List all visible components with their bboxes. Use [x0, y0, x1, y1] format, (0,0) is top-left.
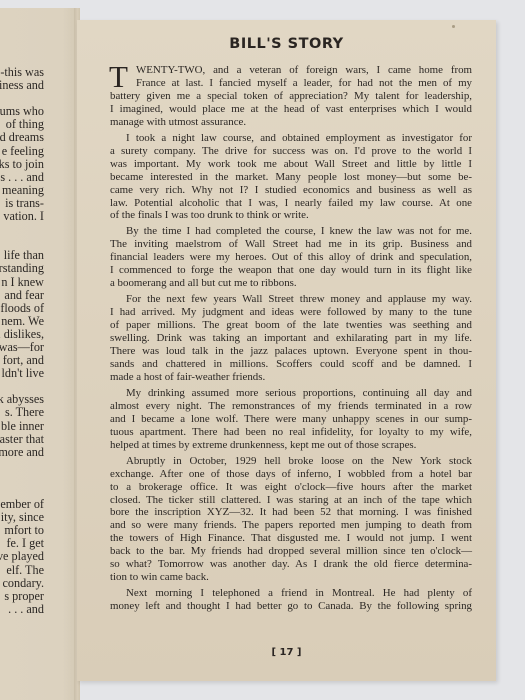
text-line: and I became a lone wolf. There were man…	[110, 413, 472, 426]
text-line: I imagined, would place me at the head o…	[110, 103, 472, 116]
text-line: swelling. Drink was taking an important …	[110, 332, 472, 345]
left-page-line	[0, 459, 44, 472]
text-line: I took a night law course, and obtained …	[110, 132, 472, 145]
text-line: a surety company. The drive for success …	[110, 145, 472, 158]
text-line: a boomerang and all but cut me to ribbon…	[110, 277, 472, 290]
left-page-line: vation. I	[0, 210, 44, 223]
text-line: There was loud talk in the jazz palaces …	[110, 345, 472, 358]
paragraph: My drinking assumed more serious proport…	[110, 387, 472, 452]
left-page-line: iness and	[0, 79, 44, 92]
text-line: almost every night. The remonstrances of…	[110, 400, 472, 413]
drop-cap: T	[109, 64, 128, 90]
left-page-line: ldn't live	[0, 367, 44, 380]
left-page-line: d dreams	[0, 131, 44, 144]
paragraph: Next morning I telephoned a friend in Mo…	[110, 587, 472, 613]
paper-speck	[452, 25, 455, 28]
text-line: manage with utmost assurance.	[110, 116, 472, 129]
paragraph: TWENTY-TWO, and a veteran of foreign war…	[110, 64, 472, 129]
text-line: became interested in the market. Many pe…	[110, 171, 472, 184]
paragraph: I took a night law course, and obtained …	[110, 132, 472, 223]
text-line: tion to win came back.	[110, 571, 472, 584]
text-line: sands and chattered in millions. Scoffer…	[110, 358, 472, 371]
text-line: I had arrived. My judgment and ideas wer…	[110, 306, 472, 319]
paragraph: By the time I had completed the course, …	[110, 225, 472, 290]
text-line: back to the bar. My friends had dropped …	[110, 545, 472, 558]
left-page-line: ble inner	[0, 420, 44, 433]
text-line: For the next few years Wall Street threw…	[110, 293, 472, 306]
left-page-line: nem. We	[0, 315, 44, 328]
text-line: The inviting maelstrom of Wall Street ha…	[110, 238, 472, 251]
text-line: the towers of High Finance. That disgust…	[110, 532, 472, 545]
text-line: bore the inscription XYZ—32. It had been…	[110, 506, 472, 519]
text-line: France at last. I fancied myself a leade…	[110, 77, 472, 90]
text-line: made a host of fair-weather friends.	[110, 371, 472, 384]
left-page-line: n I knew	[0, 276, 44, 289]
text-line: money left and thought I had better go t…	[110, 600, 472, 613]
body-text: TWENTY-TWO, and a veteran of foreign war…	[110, 64, 472, 616]
text-line: of paper millions. The great boom of the…	[110, 319, 472, 332]
text-line: of the finals I was too drunk to think o…	[110, 209, 472, 222]
text-line: Abruptly in October, 1929 hell broke loo…	[110, 455, 472, 468]
text-line: so what? Tomorrow was another day. As I …	[110, 558, 472, 571]
paragraph: Abruptly in October, 1929 hell broke loo…	[110, 455, 472, 585]
text-line: WENTY-TWO, and a veteran of foreign wars…	[110, 64, 472, 77]
left-page-line: s . . . and	[0, 171, 44, 184]
text-line: By the time I had completed the course, …	[110, 225, 472, 238]
text-line: closed. The ticker still clattered. I wa…	[110, 494, 472, 507]
text-line: to a brokerage office. It was eight o'cl…	[110, 481, 472, 494]
left-page-line: elf. The	[0, 564, 44, 577]
left-page-line: rstanding	[0, 262, 44, 275]
left-page-line: s. There	[0, 406, 44, 419]
text-line: exchange. After one of those days of inf…	[110, 468, 472, 481]
left-page-line: e feeling	[0, 145, 44, 158]
page-title: BILL'S STORY	[77, 36, 496, 52]
left-page-line: and fear	[0, 289, 44, 302]
text-line: was important. My work took me about Wal…	[110, 158, 472, 171]
left-page-line: condary.	[0, 577, 44, 590]
right-page: BILL'S STORY TWENTY-TWO, and a veteran o…	[77, 20, 496, 681]
left-page-line	[0, 472, 44, 485]
left-page-line	[0, 223, 44, 236]
left-page-text: -this wasiness and ums whoof thingd drea…	[0, 66, 44, 616]
text-line: battery given me a special token of appr…	[110, 90, 472, 103]
text-line: financial leaders were my heroes. Out of…	[110, 251, 472, 264]
left-page-line: s proper	[0, 590, 44, 603]
text-line: came very rich. Why not I? I studied eco…	[110, 184, 472, 197]
left-page-line: more and	[0, 446, 44, 459]
text-line: I commenced to forge the weapon that one…	[110, 264, 472, 277]
text-line: law. Potential alcoholic that I was, I n…	[110, 197, 472, 210]
left-page-line: aster that	[0, 433, 44, 446]
text-line: helped at times by extreme drunkenness, …	[110, 439, 472, 452]
left-page-line: ks to join	[0, 158, 44, 171]
left-page-line: l dislikes,	[0, 328, 44, 341]
text-line: My drinking assumed more serious proport…	[110, 387, 472, 400]
text-line: Next morning I telephoned a friend in Mo…	[110, 587, 472, 600]
left-page-line: meaning	[0, 184, 44, 197]
paragraph: For the next few years Wall Street threw…	[110, 293, 472, 384]
text-line: tuous apartment. There had been no real …	[110, 426, 472, 439]
left-page-line: floods of	[0, 302, 44, 315]
left-page-line: . . . and	[0, 603, 44, 616]
page-number: [ 17 ]	[77, 647, 496, 658]
left-page-line: ve played	[0, 550, 44, 563]
text-line: and so were many friends. The papers rep…	[110, 519, 472, 532]
left-page: -this wasiness and ums whoof thingd drea…	[0, 8, 78, 700]
